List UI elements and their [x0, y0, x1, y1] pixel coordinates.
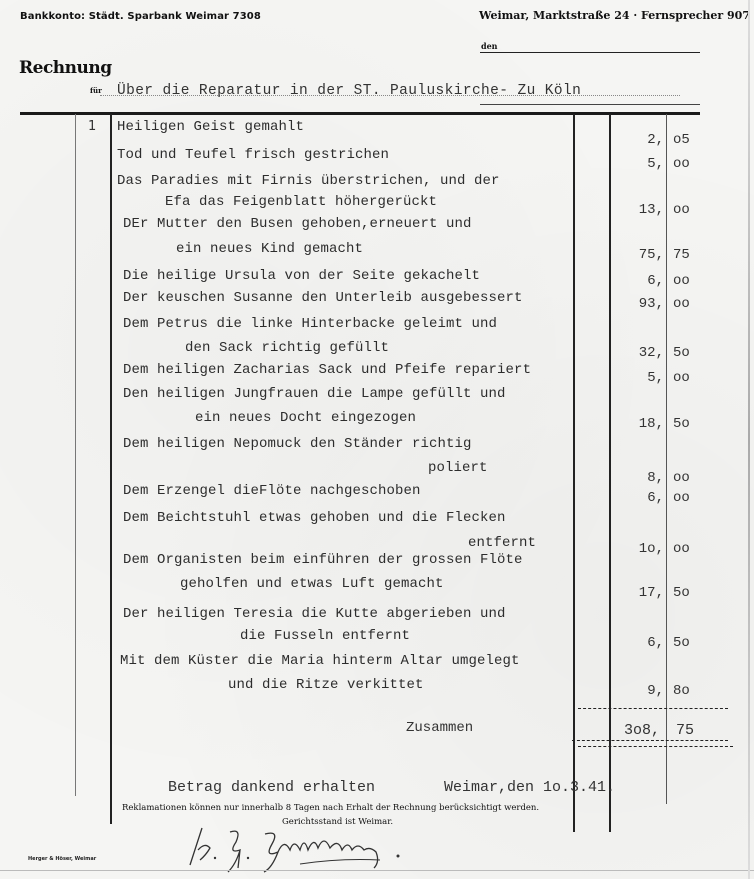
line-item-amount-cents: 5o [673, 345, 690, 361]
line-item-text: Tod und Teufel frisch gestrichen [117, 147, 389, 163]
position-number: 1 [88, 119, 96, 134]
line-item-amount-cents: oo [673, 490, 690, 506]
line-item-amount-integer: 5, [604, 370, 664, 386]
invoice-paper: Bankkonto: Städt. Sparbank Weimar 7308 W… [0, 0, 754, 879]
complaints-note: Reklamationen können nur innerhalb 8 Tag… [122, 803, 539, 813]
line-item-text: poliert [428, 460, 488, 476]
line-item-amount-integer: 17, [604, 585, 664, 601]
line-item-amount-cents: oo [673, 541, 690, 557]
line-item-amount-integer: 2, [604, 132, 664, 148]
line-item-text: entfernt [468, 535, 536, 551]
line-item-text: die Fusseln entfernt [240, 628, 410, 644]
bank-account: Bankkonto: Städt. Sparbank Weimar 7308 [20, 11, 261, 22]
line-item-text: Die heilige Ursula von der Seite gekache… [123, 268, 480, 284]
line-item-amount-integer: 75, [604, 247, 664, 263]
paper-edge [0, 870, 754, 871]
total-amount-cents: 75 [676, 722, 694, 739]
line-item-amount-integer: 9, [604, 683, 664, 699]
line-item-text: den Sack richtig gefüllt [185, 340, 389, 356]
line-item-amount-integer: 18, [604, 416, 664, 432]
column-divider [573, 114, 575, 832]
line-item-text: ein neues Docht eingezogen [195, 410, 416, 426]
table-top-rule [20, 112, 700, 115]
place-and-date: Weimar,den 1o.3.41. [444, 779, 615, 796]
line-item-text: Dem heiligen Nepomuck den Ständer richti… [123, 436, 472, 452]
line-item-text: Der keuschen Susanne den Unterleib ausge… [123, 290, 523, 306]
for-label: für [90, 86, 102, 95]
total-amount-integer: 3o8, [600, 722, 660, 739]
line-item-text: Heiligen Geist gemahlt [117, 119, 304, 135]
printer-imprint: Herger & Höser, Weimar [28, 856, 96, 862]
line-item-amount-cents: 5o [673, 416, 690, 432]
line-item-amount-integer: 93, [604, 296, 664, 312]
line-item-text: Das Paradies mit Firnis überstrichen, un… [117, 173, 500, 189]
subtotal-rule [578, 708, 728, 709]
signature [180, 820, 420, 875]
line-item-text: Der heiligen Teresia die Kutte abgeriebe… [123, 606, 506, 622]
line-item-amount-integer: 6, [604, 635, 664, 651]
column-divider [110, 114, 112, 824]
subject-underline [480, 104, 700, 105]
payment-received-note: Betrag dankend erhalten [168, 779, 375, 796]
line-item-amount-integer: 5, [604, 156, 664, 172]
date-label: den [481, 41, 498, 51]
line-item-text: Dem Organisten beim einführen der grosse… [123, 552, 523, 568]
line-item-amount-integer: 6, [604, 273, 664, 289]
invoice-subject: Über die Reparatur in der ST. Pauluskirc… [117, 83, 581, 99]
line-item-text: Dem Beichtstuhl etwas gehoben und die Fl… [123, 510, 506, 526]
line-item-amount-cents: 8o [673, 683, 690, 699]
line-item-amount-cents: o5 [673, 132, 690, 148]
line-item-amount-integer: 6, [604, 490, 664, 506]
total-label: Zusammen [406, 720, 473, 736]
line-item-text: Dem Erzengel dieFlöte nachgeschoben [123, 483, 421, 499]
line-item-amount-cents: oo [673, 470, 690, 486]
line-item-text: DEr Mutter den Busen gehoben,erneuert un… [123, 216, 472, 232]
line-item-amount-integer: 8, [604, 470, 664, 486]
line-item-text: Den heiligen Jungfrauen die Lampe gefüll… [123, 386, 506, 402]
column-divider [666, 114, 667, 804]
invoice-title: Rechnung [19, 58, 112, 78]
line-item-amount-cents: 75 [673, 247, 690, 263]
total-underline [572, 740, 728, 741]
line-item-amount-integer: 32, [604, 345, 664, 361]
line-item-amount-cents: oo [673, 156, 690, 172]
line-item-amount-cents: oo [673, 370, 690, 386]
line-item-amount-cents: oo [673, 296, 690, 312]
line-item-amount-cents: oo [673, 202, 690, 218]
line-item-amount-cents: oo [673, 273, 690, 289]
line-item-amount-cents: 5o [673, 635, 690, 651]
line-item-text: Dem Petrus die linke Hinterbacke geleimt… [123, 316, 497, 332]
line-item-text: geholfen und etwas Luft gemacht [180, 576, 444, 592]
company-address: Weimar, Marktstraße 24 · Fernsprecher 90… [479, 9, 750, 22]
line-item-amount-integer: 13, [604, 202, 664, 218]
line-item-text: Dem heiligen Zacharias Sack und Pfeife r… [123, 362, 531, 378]
line-item-amount-integer: 1o, [604, 541, 664, 557]
line-item-text: und die Ritze verkittet [228, 677, 424, 693]
date-line [480, 52, 700, 53]
line-item-amount-cents: 5o [673, 585, 690, 601]
line-item-text: Mit dem Küster die Maria hinterm Altar u… [120, 653, 520, 669]
line-item-text: ein neues Kind gemacht [176, 241, 363, 257]
total-double-underline [578, 746, 733, 747]
column-divider [75, 114, 76, 796]
line-item-text: Efa das Feigenblatt höhergerückt [165, 194, 437, 210]
paper-edge [748, 0, 750, 879]
